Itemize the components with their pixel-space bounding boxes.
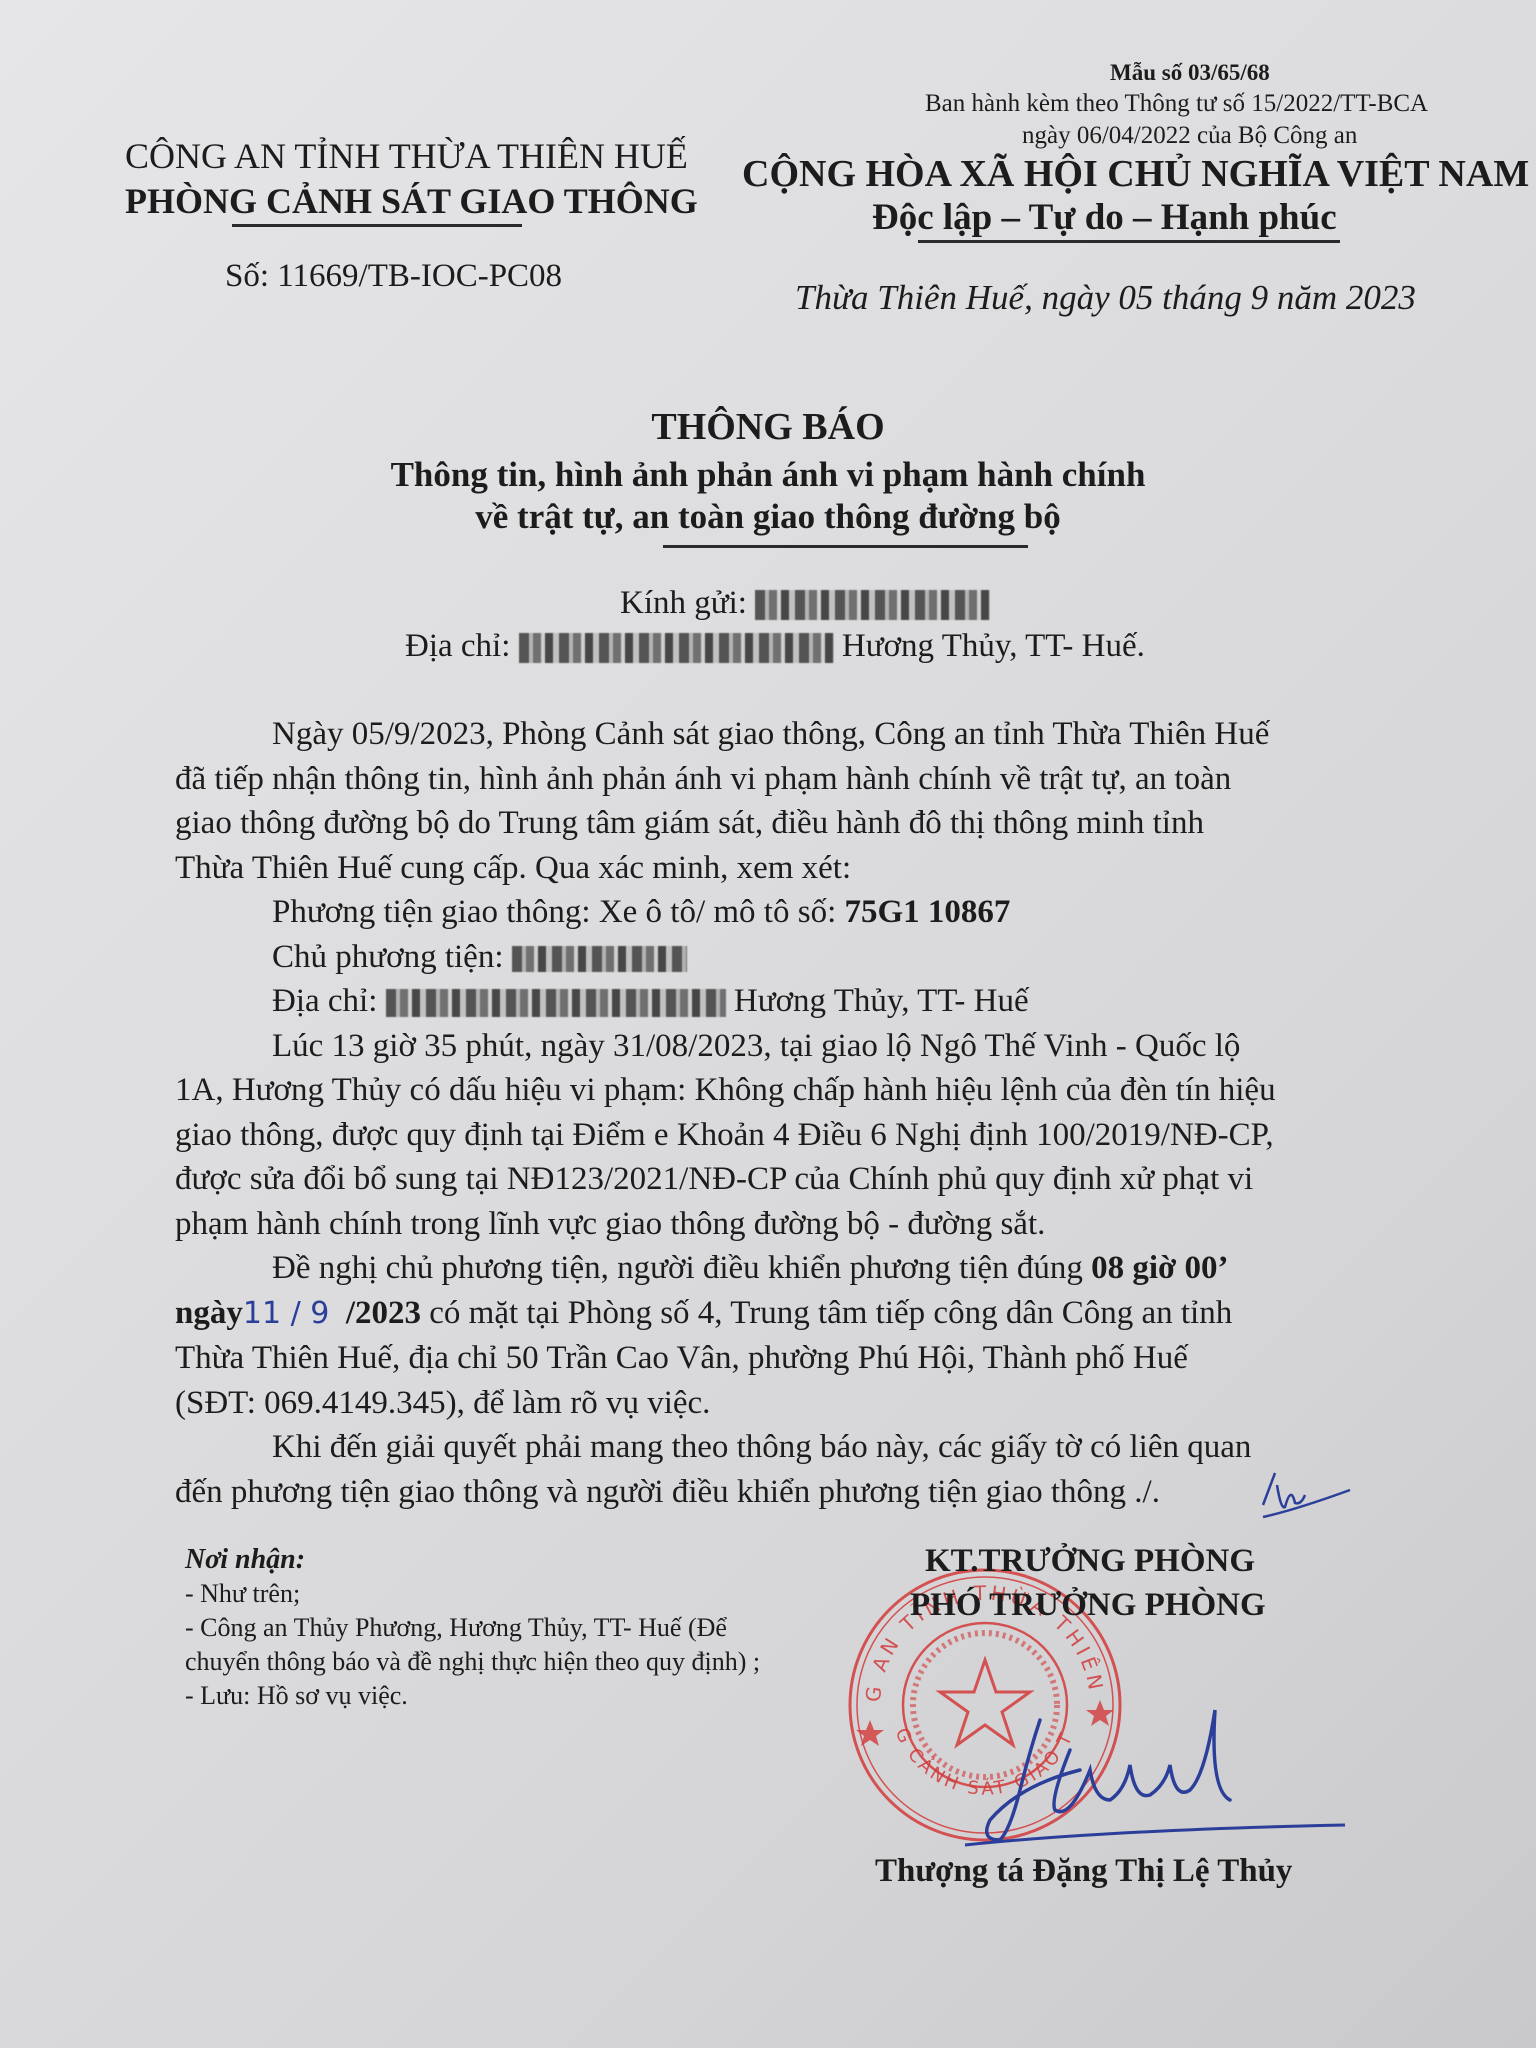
owner-line: Chủ phương tiện: (175, 935, 1445, 980)
text-line: 1A, Hương Thủy có dấu hiệu vi phạm: Khôn… (175, 1068, 1445, 1113)
document-number: Số: 11669/TB-IOC-PC08 (225, 258, 562, 295)
recipient-item: - Như trên; (185, 1577, 785, 1611)
text-line: được sửa đổi bổ sung tại NĐ123/2021/NĐ-C… (175, 1157, 1445, 1202)
recipients-label: Nơi nhận: (185, 1543, 785, 1577)
date-prefix: ngày (175, 1295, 243, 1331)
redacted-name (755, 590, 990, 620)
redacted-owner-address (386, 989, 726, 1017)
redacted-owner (512, 946, 687, 972)
handwritten-day: 11 (243, 1296, 281, 1331)
text-line: Thừa Thiên Huế, địa chỉ 50 Trần Cao Vân,… (175, 1336, 1445, 1381)
title-underline (663, 545, 1028, 548)
appointment-text: Đề nghị chủ phương tiện, người điều khiể… (272, 1250, 1091, 1286)
signature-title-1: KT.TRƯỞNG PHÒNG (925, 1543, 1255, 1580)
motto-underline (918, 240, 1340, 243)
document-subtitle-2: về trật tự, an toàn giao thông đường bộ (0, 497, 1536, 537)
appointment-time: 08 giờ 00’ (1091, 1250, 1228, 1286)
issued-with-line1: Ban hành kèm theo Thông tư số 15/2022/TT… (925, 90, 1428, 118)
text-line: giao thông đường bộ do Trung tâm giám sá… (175, 801, 1445, 846)
owner-address-suffix: Hương Thủy, TT- Huế (734, 983, 1029, 1019)
address-label: Địa chỉ: (405, 628, 510, 664)
handwritten-signature-icon (960, 1690, 1360, 1850)
agency-parent: CÔNG AN TỈNH THỪA THIÊN HUẾ (125, 135, 688, 177)
text-line: Khi đến giải quyết phải mang theo thông … (175, 1425, 1445, 1470)
signer-name: Thượng tá Đặng Thị Lệ Thủy (875, 1853, 1292, 1890)
agency-underline (232, 224, 522, 227)
vehicle-label: Phương tiện giao thông: Xe ô tô/ mô tô s… (272, 894, 845, 930)
appointment-location: có mặt tại Phòng số 4, Trung tâm tiếp cô… (421, 1295, 1232, 1331)
date-year: /2023 (346, 1295, 421, 1331)
vehicle-line: Phương tiện giao thông: Xe ô tô/ mô tô s… (175, 890, 1445, 935)
text-line: Thừa Thiên Huế cung cấp. Qua xác minh, x… (175, 846, 1445, 891)
paragraph-intro: Ngày 05/9/2023, Phòng Cảnh sát giao thôn… (175, 712, 1445, 1514)
appointment-date-line: ngày11 / 9 /2023 có mặt tại Phòng số 4, … (175, 1291, 1445, 1337)
document-subtitle-1: Thông tin, hình ảnh phản ánh vi phạm hàn… (0, 455, 1536, 495)
text-line: đã tiếp nhận thông tin, hình ảnh phản án… (175, 757, 1445, 802)
recipient-item: - Lưu: Hồ sơ vụ việc. (185, 1679, 785, 1713)
appointment-line: Đề nghị chủ phương tiện, người điều khiể… (175, 1246, 1445, 1291)
redacted-address (519, 633, 834, 663)
vehicle-plate: 75G1 10867 (845, 894, 1011, 930)
recipient-address-line: Địa chỉ: Hương Thủy, TT- Huế. (405, 628, 1145, 665)
text-line: Lúc 13 giờ 35 phút, ngày 31/08/2023, tại… (175, 1024, 1445, 1069)
motto: Độc lập – Tự do – Hạnh phúc (872, 196, 1337, 239)
text-line: Ngày 05/9/2023, Phòng Cảnh sát giao thôn… (175, 712, 1445, 757)
svg-text:CÔNG AN TỈNH THỪA THIÊN HUẾ: CÔNG AN TỈNH THỪA THIÊN HUẾ (840, 1560, 1109, 1705)
recipients-block: Nơi nhận: - Như trên; - Công an Thủy Phư… (185, 1543, 785, 1713)
agency-unit: PHÒNG CẢNH SÁT GIAO THÔNG (125, 180, 698, 222)
text-line: (SĐT: 069.4149.345), để làm rõ vụ việc. (175, 1381, 1445, 1426)
signature-title-2: PHÓ TRƯỞNG PHÒNG (910, 1587, 1266, 1624)
recipient-item: - Công an Thủy Phương, Hương Thủy, TT- H… (185, 1611, 775, 1679)
document-title: THÔNG BÁO (0, 405, 1536, 449)
recipient-line: Kính gửi: (620, 585, 990, 622)
handwritten-initial-icon (1255, 1465, 1365, 1525)
to-label: Kính gửi: (620, 585, 747, 621)
text-line: phạm hành chính trong lĩnh vực giao thôn… (175, 1202, 1445, 1247)
handwritten-month: 9 (310, 1296, 329, 1331)
nation-title: CỘNG HÒA XÃ HỘI CHỦ NGHĨA VIỆT NAM (742, 152, 1529, 196)
text-line: giao thông, được quy định tại Điểm e Kho… (175, 1113, 1445, 1158)
place-date: Thừa Thiên Huế, ngày 05 tháng 9 năm 2023 (795, 278, 1416, 318)
owner-label: Chủ phương tiện: (272, 939, 504, 975)
form-number: Mẫu số 03/65/68 (1110, 60, 1270, 86)
address-suffix: Hương Thủy, TT- Huế. (842, 628, 1145, 664)
owner-address-line: Địa chỉ: Hương Thủy, TT- Huế (175, 979, 1445, 1024)
owner-address-label: Địa chỉ: (272, 983, 377, 1019)
issued-with-line2: ngày 06/04/2022 của Bộ Công an (1022, 122, 1357, 150)
